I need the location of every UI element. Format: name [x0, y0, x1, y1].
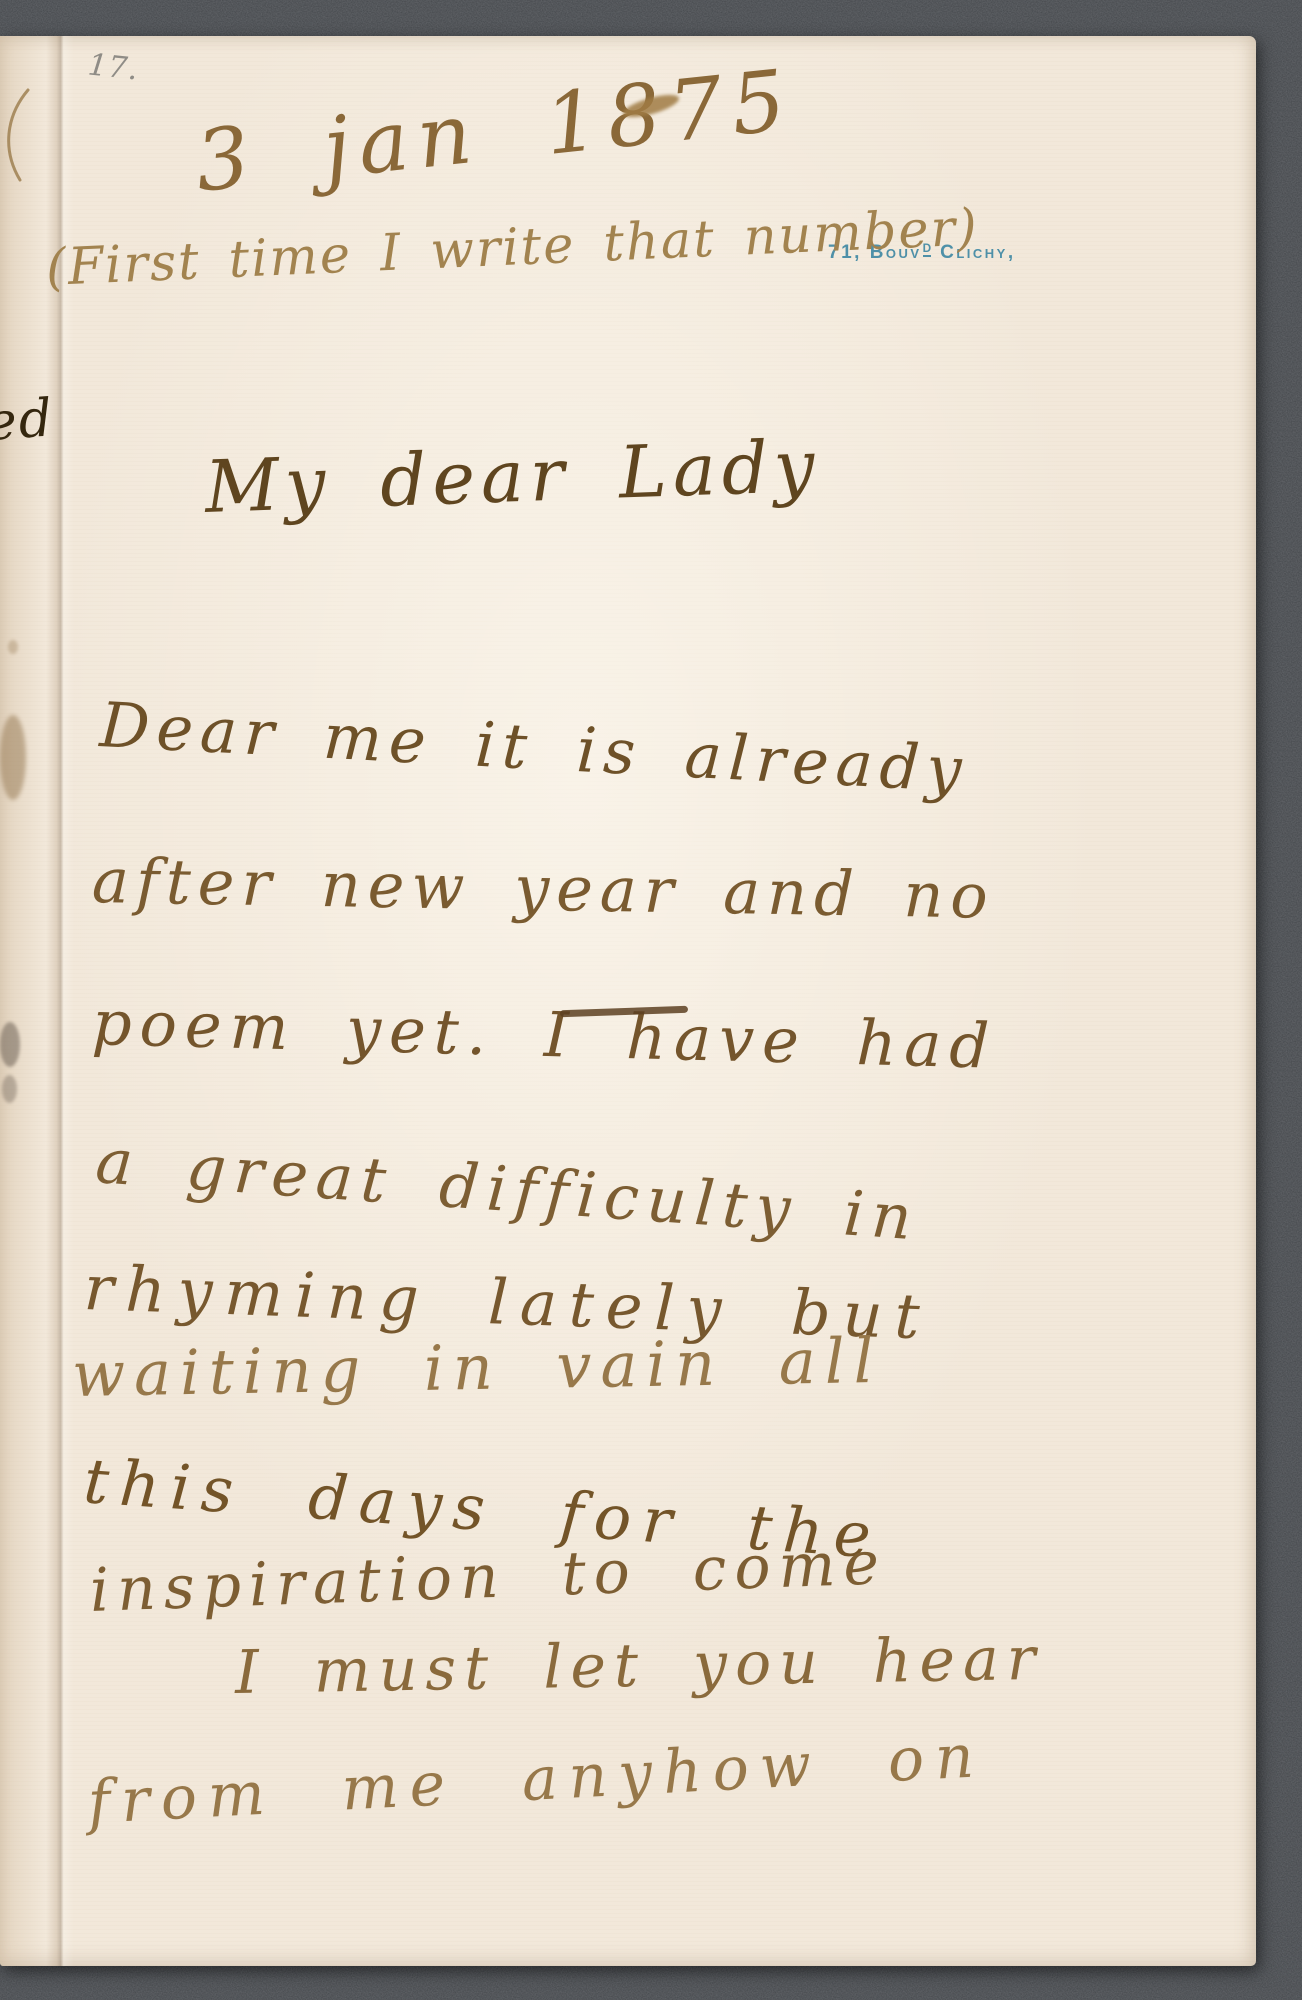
body-line: I must let you hear — [234, 1628, 1043, 1705]
salutation: My dear Lady — [204, 429, 822, 526]
body-line: Dear me it is already — [98, 692, 970, 803]
parenthetical-line: (First time I write that number) — [45, 201, 980, 295]
ink-stain — [8, 640, 18, 654]
adjacent-page-edge — [0, 36, 46, 1966]
body-line: poem yet. I have had — [91, 990, 998, 1079]
body-line: waiting in vain all — [71, 1328, 882, 1407]
date-line: 3 jan 1875 — [191, 55, 798, 206]
body-line: inspiration to come — [89, 1532, 888, 1623]
stray-ink-stroke — [0, 88, 34, 184]
ink-stain — [2, 1075, 17, 1103]
left-page-word-fragment: ed — [0, 391, 56, 450]
letter-page: 17. ed 3 jan 1875 71, BouvdClichy, (Firs… — [0, 36, 1256, 1966]
photograph-background: 17. ed 3 jan 1875 71, BouvdClichy, (Firs… — [0, 0, 1302, 2000]
fold-crease — [46, 36, 74, 1966]
body-line: from me anyhow on — [86, 1725, 986, 1835]
body-line: a great difficulty in — [94, 1128, 922, 1251]
body-line: after new year and no — [91, 848, 995, 929]
pencil-number: 17. — [86, 47, 140, 87]
ink-stain — [0, 715, 26, 800]
ink-stain — [0, 1022, 20, 1067]
